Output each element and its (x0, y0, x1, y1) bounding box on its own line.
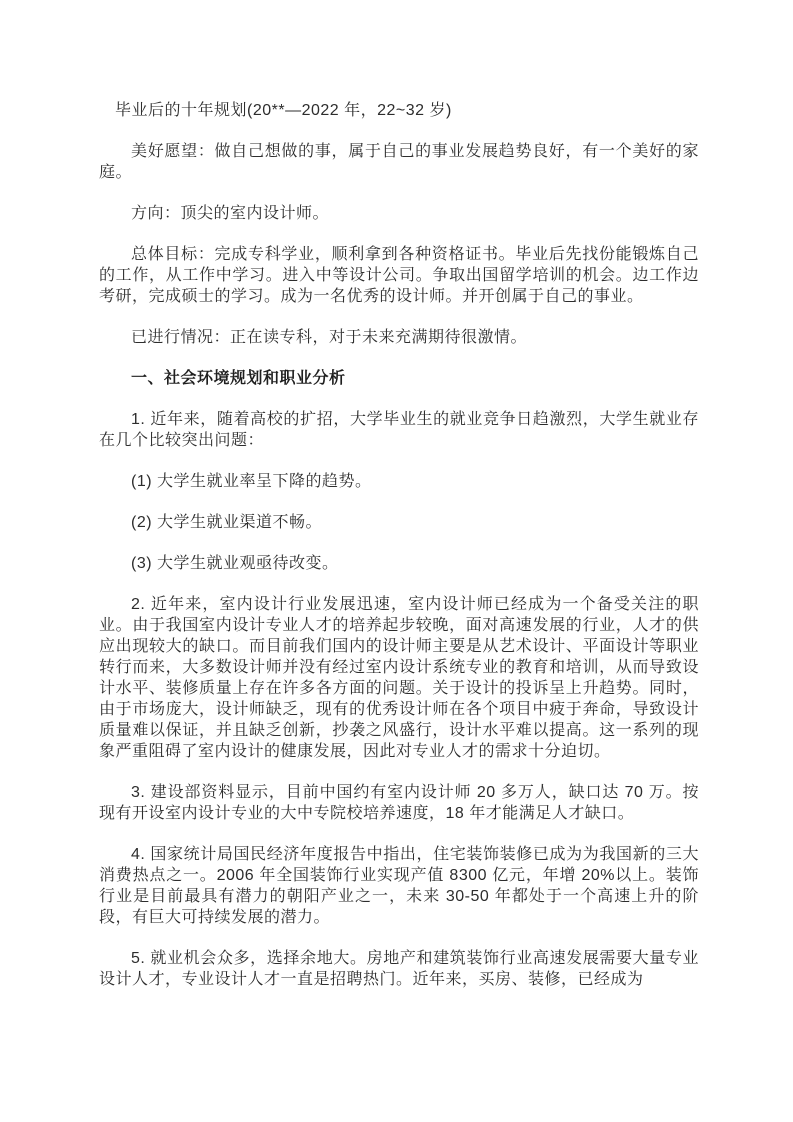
paragraph-point-2: 2. 近年来，室内设计行业发展迅速，室内设计师已经成为一个备受关注的职业。由于我… (99, 594, 699, 762)
list-item-3: (3) 大学生就业观亟待改变。 (99, 553, 699, 574)
list-item-2: (2) 大学生就业渠道不畅。 (99, 512, 699, 533)
paragraph-overall-goal: 总体目标：完成专科学业，顺利拿到各种资格证书。毕业后先找份能锻炼自己的工作，从工… (99, 244, 699, 307)
paragraph-wish: 美好愿望：做自己想做的事，属于自己的事业发展趋势良好，有一个美好的家庭。 (99, 141, 699, 183)
paragraph-direction: 方向：顶尖的室内设计师。 (99, 203, 699, 224)
paragraph-point-1: 1. 近年来，随着高校的扩招，大学毕业生的就业竞争日趋激烈，大学生就业存在几个比… (99, 409, 699, 451)
paragraph-point-3: 3. 建设部资料显示，目前中国约有室内设计师 20 多万人，缺口达 70 万。按… (99, 782, 699, 824)
paragraph-point-4: 4. 国家统计局国民经济年度报告中指出，住宅装饰装修已成为为我国新的三大消费热点… (99, 844, 699, 928)
paragraph-point-5: 5. 就业机会众多，选择余地大。房地产和建筑装饰行业高速发展需要大量专业设计人才… (99, 948, 699, 990)
document-page: 毕业后的十年规划(20**—2022 年，22~32 岁) 美好愿望：做自己想做… (0, 0, 793, 1122)
paragraph-current-status: 已进行情况：正在读专科，对于未来充满期待很激情。 (99, 327, 699, 348)
section-heading-social-environment: 一、社会环境规划和职业分析 (99, 368, 699, 389)
document-title: 毕业后的十年规划(20**—2022 年，22~32 岁) (99, 100, 699, 121)
list-item-1: (1) 大学生就业率呈下降的趋势。 (99, 471, 699, 492)
